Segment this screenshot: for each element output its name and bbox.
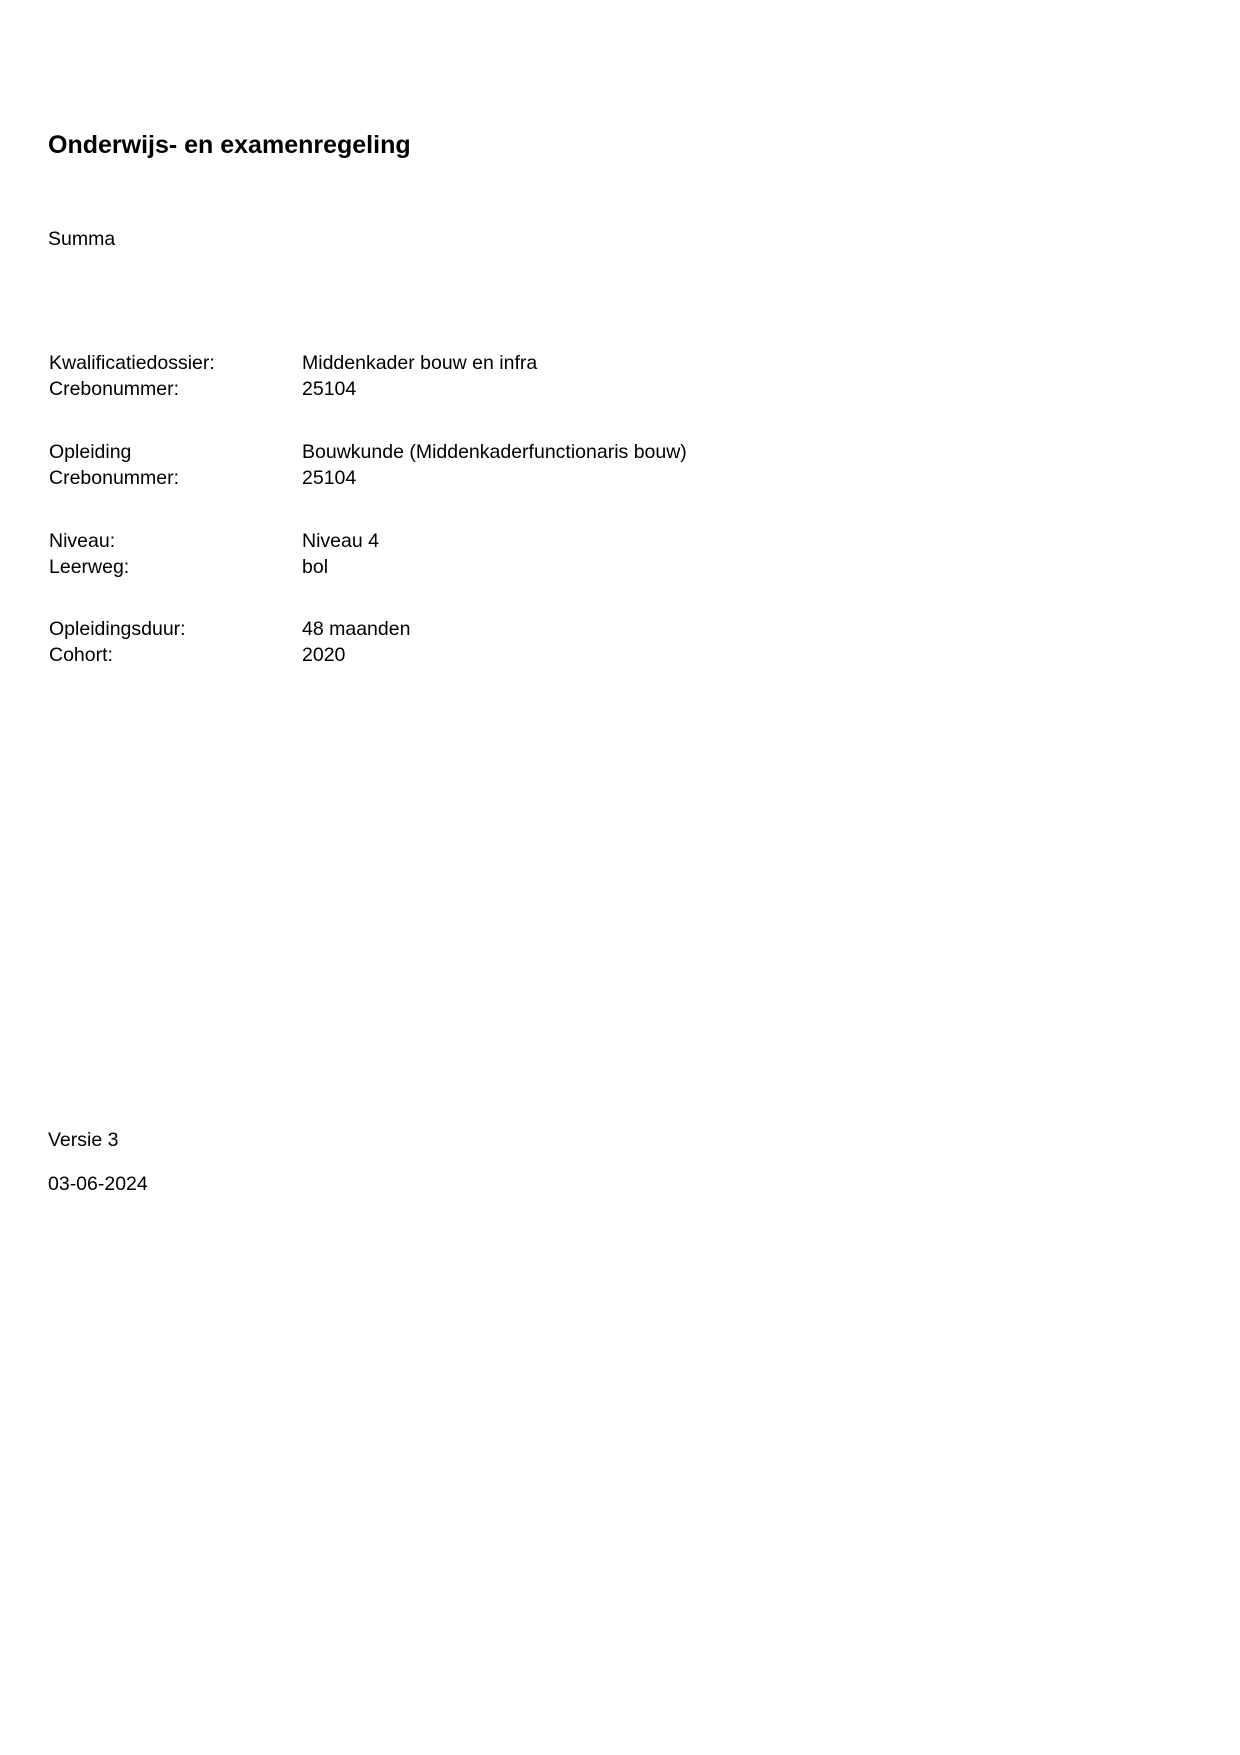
info-label: Cohort: — [49, 642, 302, 668]
info-row-crebonummer: Crebonummer: 25104 — [49, 376, 949, 402]
info-label: Opleidingsduur: — [49, 616, 302, 642]
info-label: Crebonummer: — [49, 467, 179, 489]
organization-name: Summa — [48, 227, 115, 251]
info-value: bol — [302, 554, 328, 580]
info-group-niveau: Niveau: Niveau 4 Leerweg: bol — [49, 528, 949, 580]
info-row-opleidingsduur: Opleidingsduur: 48 maanden — [49, 616, 949, 642]
info-label: Crebonummer: — [49, 378, 179, 400]
info-group-opleiding: Opleiding Bouwkunde (Middenkaderfunction… — [49, 439, 949, 491]
info-value: Bouwkunde (Middenkaderfunctionaris bouw) — [302, 441, 687, 463]
info-group-qualification: Kwalificatiedossier: Middenkader bouw en… — [49, 350, 949, 402]
info-row-cohort: Cohort: 2020 — [49, 642, 949, 668]
info-value: 25104 — [302, 378, 356, 400]
info-group-duur: Opleidingsduur: 48 maanden Cohort: 2020 — [49, 616, 949, 668]
info-row-niveau: Niveau: Niveau 4 — [49, 528, 949, 554]
info-value: Middenkader bouw en infra — [302, 352, 537, 374]
info-row-kwalificatiedossier: Kwalificatiedossier: Middenkader bouw en… — [49, 350, 949, 376]
info-value: Niveau 4 — [302, 528, 379, 554]
info-row-leerweg: Leerweg: bol — [49, 554, 949, 580]
info-label: Opleiding — [49, 441, 131, 463]
document-version: Versie 3 — [48, 1128, 118, 1152]
info-value: 48 maanden — [302, 616, 410, 642]
info-row-opleiding: Opleiding Bouwkunde (Middenkaderfunction… — [49, 439, 949, 465]
info-label: Niveau: — [49, 528, 302, 554]
document-title: Onderwijs- en examenregeling — [48, 130, 411, 160]
info-label: Kwalificatiedossier: — [49, 352, 215, 374]
info-row-crebonummer: Crebonummer: 25104 — [49, 465, 949, 491]
document-date: 03-06-2024 — [48, 1172, 148, 1196]
info-value: 2020 — [302, 642, 345, 668]
info-label: Leerweg: — [49, 554, 302, 580]
info-value: 25104 — [302, 467, 356, 489]
